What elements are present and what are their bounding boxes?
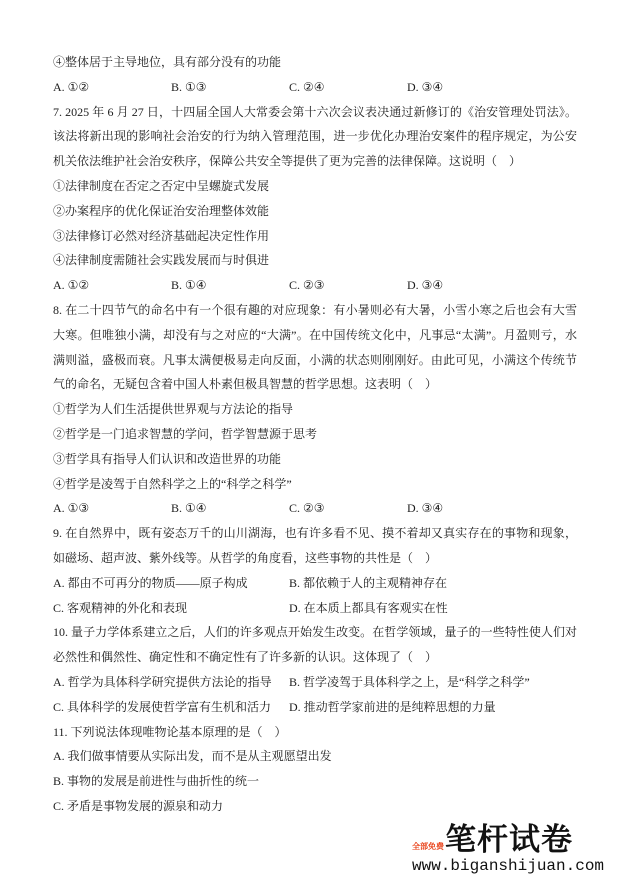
q7-stem: 7. 2025 年 6 月 27 日，十四届全国人大常委会第十六次会议表决通过新… xyxy=(53,100,577,174)
choice-c: C. ②③ xyxy=(289,273,407,298)
q10-stem: 10. 量子力学体系建立之后，人们的许多观点开始发生改变。在哲学领域，量子的一些… xyxy=(53,620,577,670)
q10-choice-row-1: A. 哲学为具体科学研究提供方法论的指导 B. 哲学凌驾于具体科学之上，是“科学… xyxy=(53,670,577,695)
choice-a: A. 哲学为具体科学研究提供方法论的指导 xyxy=(53,670,289,695)
choice-c: C. 具体科学的发展使哲学富有生机和活力 xyxy=(53,695,289,720)
q7-item-4: ④法律制度需随社会实践发展而与时俱进 xyxy=(53,248,577,273)
q11-stem: 11. 下列说法体现唯物论基本原理的是（ ） xyxy=(53,720,577,745)
choice-d: D. ③④ xyxy=(407,496,577,521)
choice-d: D. 推动哲学家前进的是纯粹思想的力量 xyxy=(289,695,577,720)
q9-choice-row-2: C. 客观精神的外化和表现 D. 在本质上都具有客观实在性 xyxy=(53,596,577,621)
q9-stem: 9. 在自然界中，既有姿态万千的山川湖海，也有许多看不见、摸不着却又真实存在的事… xyxy=(53,521,577,571)
choice-a: A. ①② xyxy=(53,273,171,298)
exam-body: ④整体居于主导地位，具有部分没有的功能 A. ①② B. ①③ C. ②④ D.… xyxy=(53,50,577,819)
q8-stem: 8. 在二十四节气的命名中有一个很有趣的对应现象：有小暑则必有大暑，小雪小寒之后… xyxy=(53,298,577,397)
biganshijuan-watermark: 全部免费 笔杆试卷 www.biganshijuan.com xyxy=(412,824,604,875)
watermark-brand-text: 笔杆试卷 xyxy=(445,824,573,857)
choice-c: C. ②③ xyxy=(289,496,407,521)
choice-c: C. 客观精神的外化和表现 xyxy=(53,596,289,621)
choice-a: A. ①③ xyxy=(53,496,171,521)
choice-c: C. ②④ xyxy=(289,75,407,100)
watermark-brand-row: 全部免费 笔杆试卷 xyxy=(412,824,604,857)
q9-choice-row-1: A. 都由不可再分的物质——原子构成 B. 都依赖于人的主观精神存在 xyxy=(53,571,577,596)
q8-item-1: ①哲学为人们生活提供世界观与方法论的指导 xyxy=(53,397,577,422)
carryover-choice-row: A. ①② B. ①③ C. ②④ D. ③④ xyxy=(53,75,577,100)
q8-choice-row: A. ①③ B. ①④ C. ②③ D. ③④ xyxy=(53,496,577,521)
q11-choice-a: A. 我们做事情要从实际出发，而不是从主观愿望出发 xyxy=(53,744,577,769)
choice-d: D. 在本质上都具有客观实在性 xyxy=(289,596,577,621)
q7-item-1: ①法律制度在否定之否定中呈螺旋式发展 xyxy=(53,174,577,199)
choice-b: B. ①④ xyxy=(171,496,289,521)
carryover-item-4: ④整体居于主导地位，具有部分没有的功能 xyxy=(53,50,577,75)
q10-choice-row-2: C. 具体科学的发展使哲学富有生机和活力 D. 推动哲学家前进的是纯粹思想的力量 xyxy=(53,695,577,720)
q7-choice-row: A. ①② B. ①④ C. ②③ D. ③④ xyxy=(53,273,577,298)
exam-page: ④整体居于主导地位，具有部分没有的功能 A. ①② B. ①③ C. ②④ D.… xyxy=(0,0,629,891)
choice-a: A. ①② xyxy=(53,75,171,100)
choice-b: B. 哲学凌驾于具体科学之上，是“科学之科学” xyxy=(289,670,577,695)
choice-d: D. ③④ xyxy=(407,273,577,298)
watermark-free-badge: 全部免费 xyxy=(412,843,444,851)
choice-b: B. ①③ xyxy=(171,75,289,100)
choice-b: B. 都依赖于人的主观精神存在 xyxy=(289,571,577,596)
q8-item-3: ③哲学具有指导人们认识和改造世界的功能 xyxy=(53,447,577,472)
q8-item-2: ②哲学是一门追求智慧的学问，哲学智慧源于思考 xyxy=(53,422,577,447)
choice-b: B. ①④ xyxy=(171,273,289,298)
q11-choice-c: C. 矛盾是事物发展的源泉和动力 xyxy=(53,794,577,819)
choice-d: D. ③④ xyxy=(407,75,577,100)
q7-item-2: ②办案程序的优化保证治安治理整体效能 xyxy=(53,199,577,224)
watermark-url: www.biganshijuan.com xyxy=(412,857,604,875)
q7-item-3: ③法律修订必然对经济基础起决定性作用 xyxy=(53,224,577,249)
q11-choice-b: B. 事物的发展是前进性与曲折性的统一 xyxy=(53,769,577,794)
choice-a: A. 都由不可再分的物质——原子构成 xyxy=(53,571,289,596)
q8-item-4: ④哲学是凌驾于自然科学之上的“科学之科学” xyxy=(53,472,577,497)
